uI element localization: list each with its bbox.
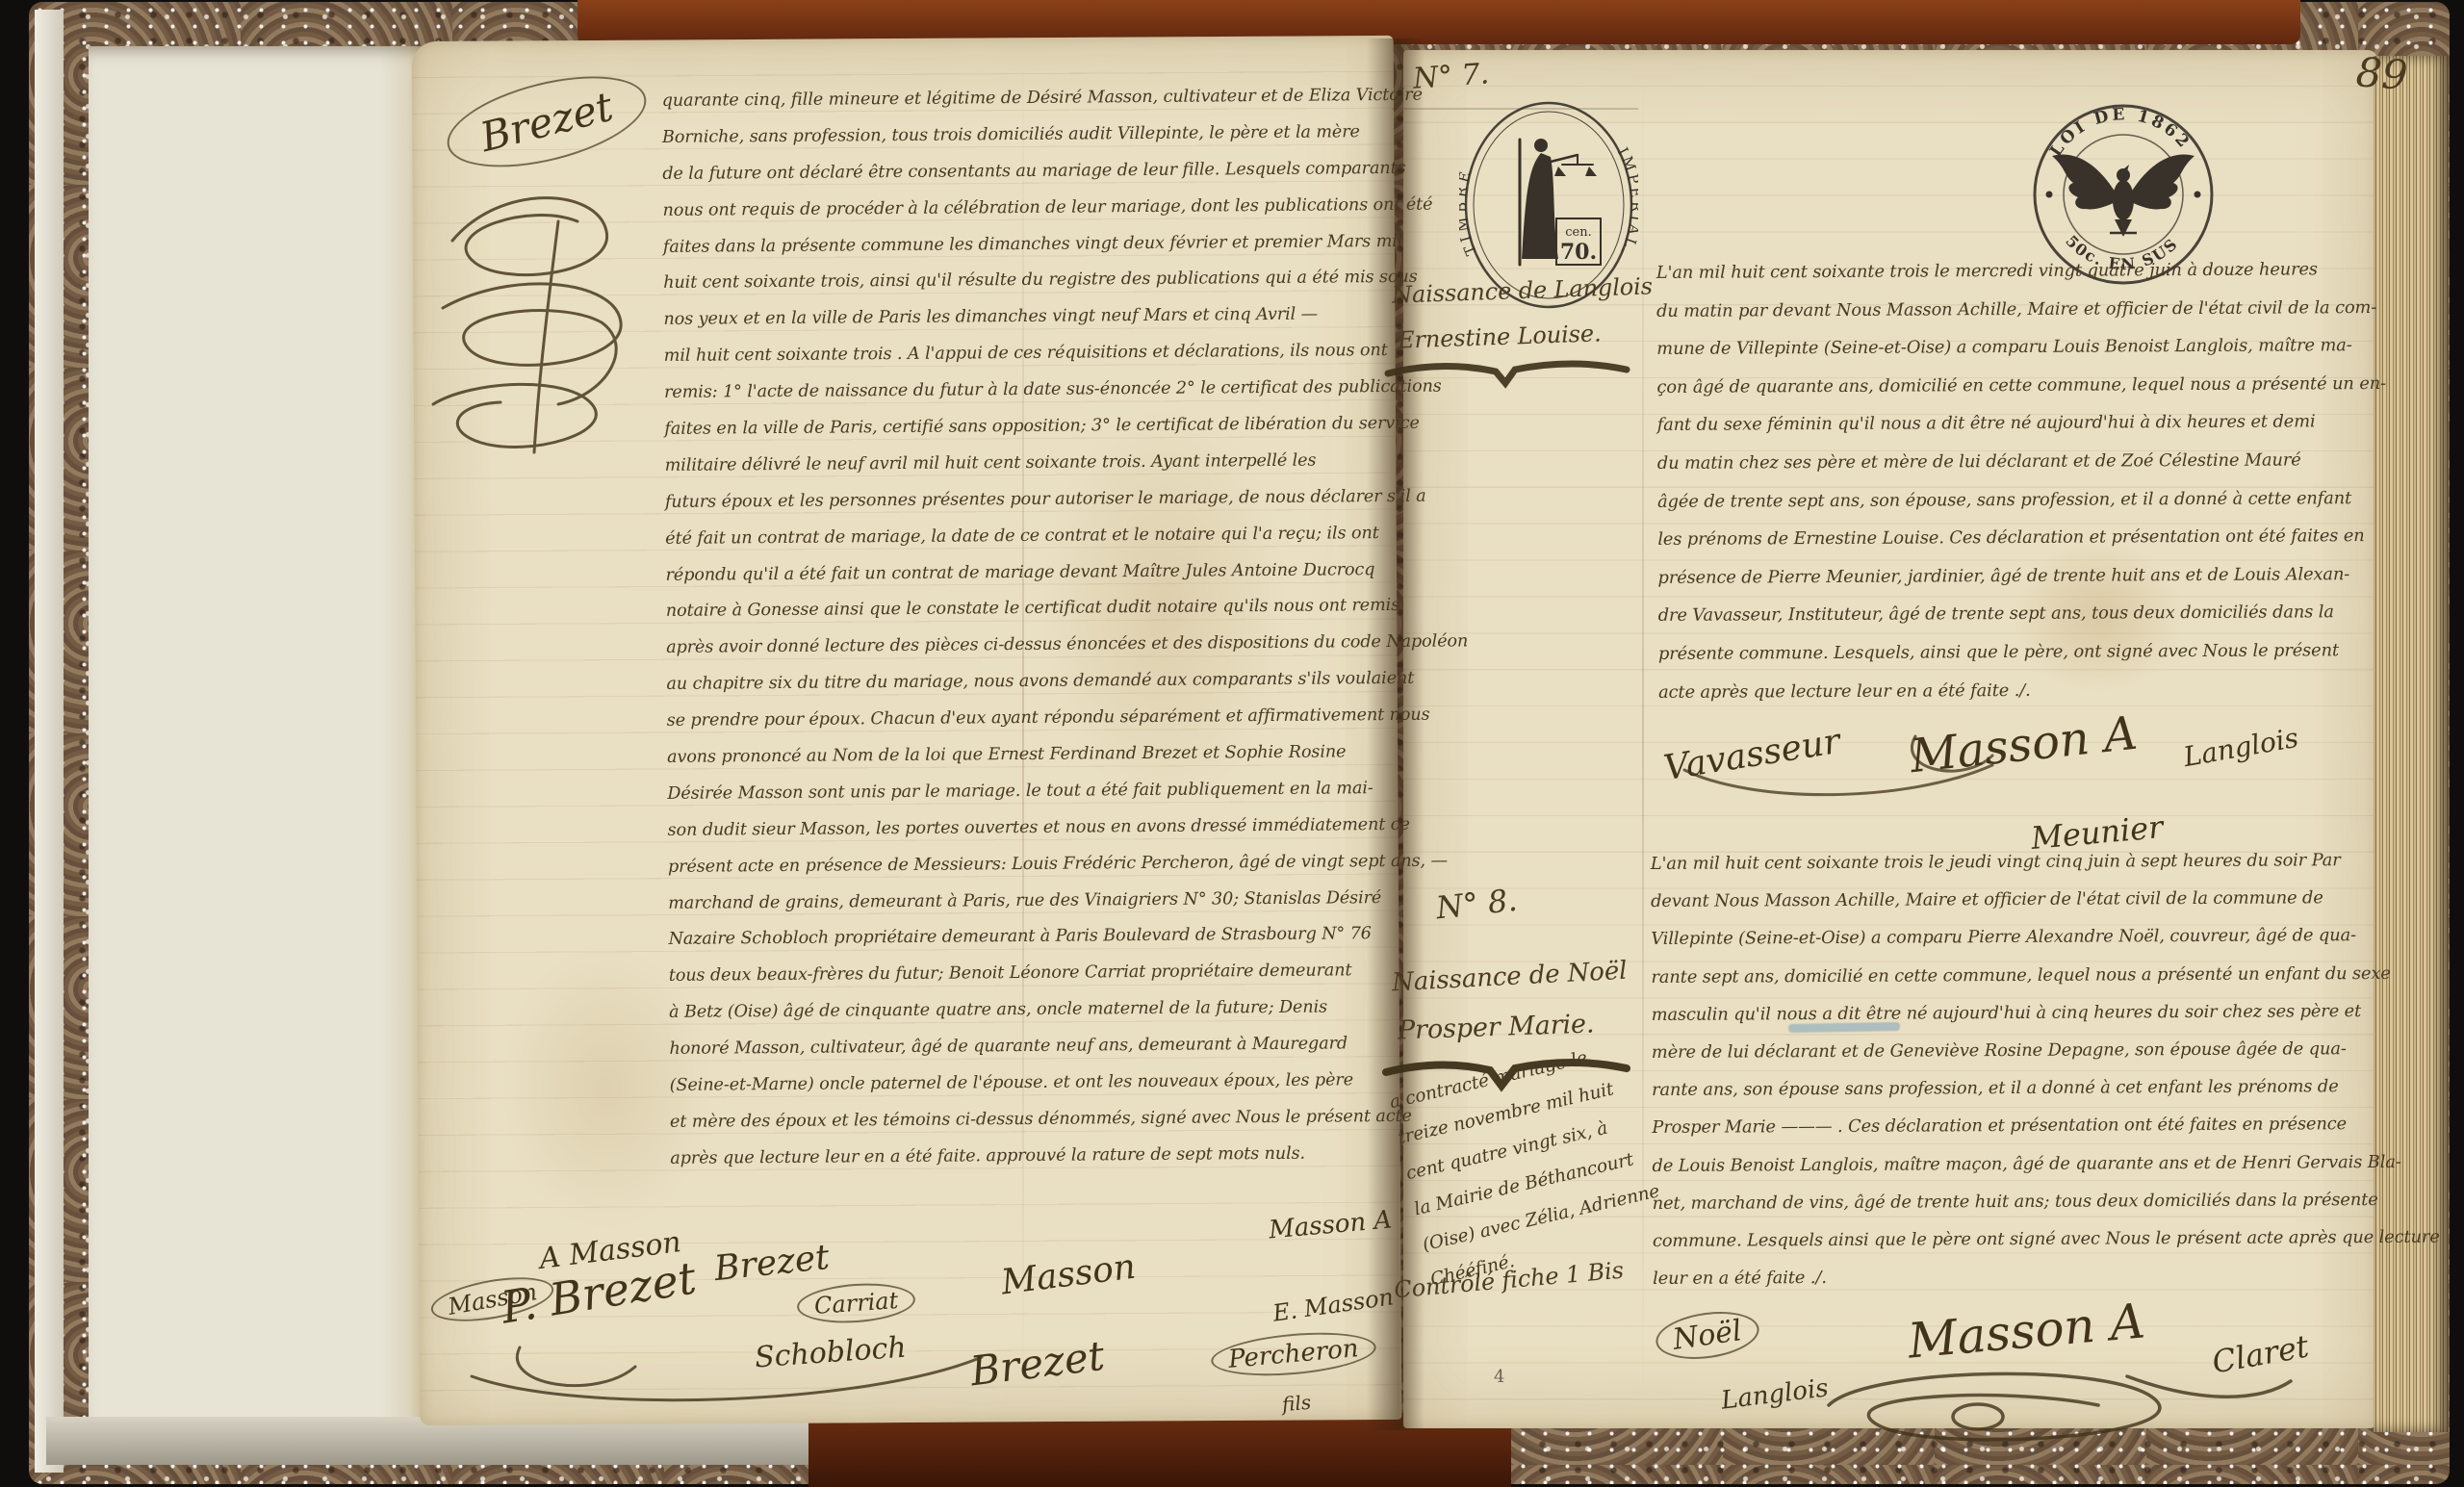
manuscript-line: remis: 1° l'acte de naissance du futur à… (664, 370, 1376, 412)
manuscript-line: Désirée Masson sont unis par le mariage.… (667, 771, 1379, 813)
marriage-act-text: quarante cinq, fille mineure et légitime… (662, 78, 1383, 1177)
flyleaf-stack (89, 46, 435, 1432)
manuscript-line: quarante cinq, fille mineure et légitime… (662, 78, 1374, 120)
pencil-mark: 4 (1494, 1367, 1504, 1387)
manuscript-line: après avoir donné lecture des pièces ci-… (666, 625, 1378, 667)
manuscript-line: après que lecture leur en a été faite. a… (670, 1136, 1382, 1178)
birth-act-2-text: L'an mil huit cent soixante trois le jeu… (1651, 841, 2369, 1297)
manuscript-line: de la future ont déclaré être consentant… (662, 151, 1374, 193)
manuscript-line: masculin qu'il nous a dit être né aujour… (1652, 992, 2368, 1034)
manuscript-line: notaire à Gonesse ainsi que le constate … (666, 589, 1378, 631)
manuscript-line: nos yeux et en la ville de Paris les dim… (663, 296, 1375, 339)
manuscript-line: présente commune. Lesquels, ainsi que le… (1658, 631, 2367, 673)
manuscript-line: honoré Masson, cultivateur, âgé de quara… (669, 1026, 1381, 1068)
manuscript-line: présence de Pierre Meunier, jardinier, â… (1657, 555, 2366, 597)
manuscript-line: futurs époux et les personnes présentes … (665, 479, 1377, 522)
manuscript-line: âgée de trente sept ans, son épouse, san… (1657, 479, 2366, 521)
signature-suffix: fils (1281, 1391, 1312, 1417)
manuscript-line: tous deux beaux-frères du futur; Benoit … (669, 953, 1381, 995)
manuscript-line: du matin par devant Nous Masson Achille,… (1656, 289, 2365, 330)
manuscript-line: devant Nous Masson Achille, Maire et off… (1651, 879, 2367, 920)
manuscript-line: L'an mil huit cent soixante trois le jeu… (1651, 841, 2367, 883)
manuscript-line: mère de lui déclarant et de Geneviève Ro… (1652, 1030, 2368, 1071)
leather-spine-edge (577, 0, 2300, 44)
manuscript-line: militaire délivré le neuf avril mil huit… (665, 443, 1377, 485)
manuscript-line: rante sept ans, domicilié en cette commu… (1651, 955, 2367, 996)
manuscript-line: rante ans, son épouse sans profession, e… (1652, 1067, 2368, 1109)
manuscript-line: Villepinte (Seine-et-Oise) a comparu Pie… (1651, 916, 2367, 958)
cover-edge (35, 10, 64, 1473)
manuscript-line: faites dans la présente commune les dima… (663, 224, 1375, 267)
page-edges (2374, 56, 2449, 1432)
manuscript-line: mune de Villepinte (Seine-et-Oise) a com… (1656, 326, 2365, 368)
manuscript-line: du matin chez ses père et mère de lui dé… (1657, 441, 2366, 482)
manuscript-line: au chapitre six du titre du mariage, nou… (666, 661, 1378, 704)
manuscript-line: et mère des époux et les témoins ci-dess… (670, 1099, 1382, 1141)
manuscript-line: acte après que lecture leur en a été fai… (1658, 670, 2367, 711)
manuscript-line: Borniche, sans profession, tous trois do… (662, 115, 1374, 157)
manuscript-line: son dudit sieur Masson, les portes ouver… (667, 808, 1379, 850)
manuscript-line: à Betz (Oise) âgé de cinquante quatre an… (669, 989, 1381, 1032)
manuscript-line: L'an mil huit cent soixante trois le mer… (1656, 250, 2365, 292)
manuscript-line: de Louis Benoist Langlois, maître maçon,… (1652, 1143, 2368, 1185)
manuscript-line: dre Vavasseur, Instituteur, âgé de trent… (1658, 593, 2367, 634)
manuscript-line: Prosper Marie ——— . Ces déclaration et p… (1652, 1105, 2368, 1146)
manuscript-line: présent acte en présence de Messieurs: L… (668, 844, 1380, 886)
folio-number: 89 (2354, 48, 2409, 99)
manuscript-line: fant du sexe féminin qu'il nous a dit êt… (1657, 402, 2366, 444)
manuscript-line: se prendre pour époux. Chacun d'eux ayan… (667, 698, 1379, 740)
manuscript-line: çon âgé de quarante ans, domicilié en ce… (1656, 365, 2365, 406)
manuscript-line: été fait un contrat de mariage, la date … (665, 516, 1377, 558)
manuscript-line: faites en la ville de Paris, certifié sa… (664, 406, 1376, 449)
manuscript-line: marchand de grains, demeurant à Paris, r… (668, 881, 1380, 923)
manuscript-line: répondu qu'il a été fait un contrat de m… (665, 552, 1377, 595)
record-number-7: N° 7. (1412, 57, 1490, 95)
manuscript-line: huit cent soixante trois, ainsi qu'il ré… (663, 261, 1375, 303)
manuscript-line: mil huit cent soixante trois . A l'appui… (664, 333, 1376, 375)
registry-book-photo: Brezet quarante cinq, fille mineure et l… (0, 0, 2464, 1487)
manuscript-line: commune. Lesquels ainsi que le père ont … (1653, 1218, 2369, 1260)
manuscript-line: leur en a été faite ./. (1653, 1256, 2369, 1297)
margin-underline (1392, 108, 1638, 110)
birth-act-1-text: L'an mil huit cent soixante trois le mer… (1656, 250, 2367, 711)
manuscript-line: avons prononcé au Nom de la loi que Erne… (667, 734, 1379, 777)
manuscript-line: nous ont requis de procéder à la célébra… (662, 188, 1374, 230)
manuscript-line: net, marchand de vins, âgé de trente hui… (1653, 1181, 2369, 1222)
manuscript-line: les prénoms de Ernestine Louise. Ces déc… (1657, 517, 2366, 558)
manuscript-line: Nazaire Schobloch propriétaire demeurant… (668, 917, 1380, 960)
manuscript-line: (Seine-et-Marne) oncle paternel de l'épo… (670, 1063, 1382, 1105)
